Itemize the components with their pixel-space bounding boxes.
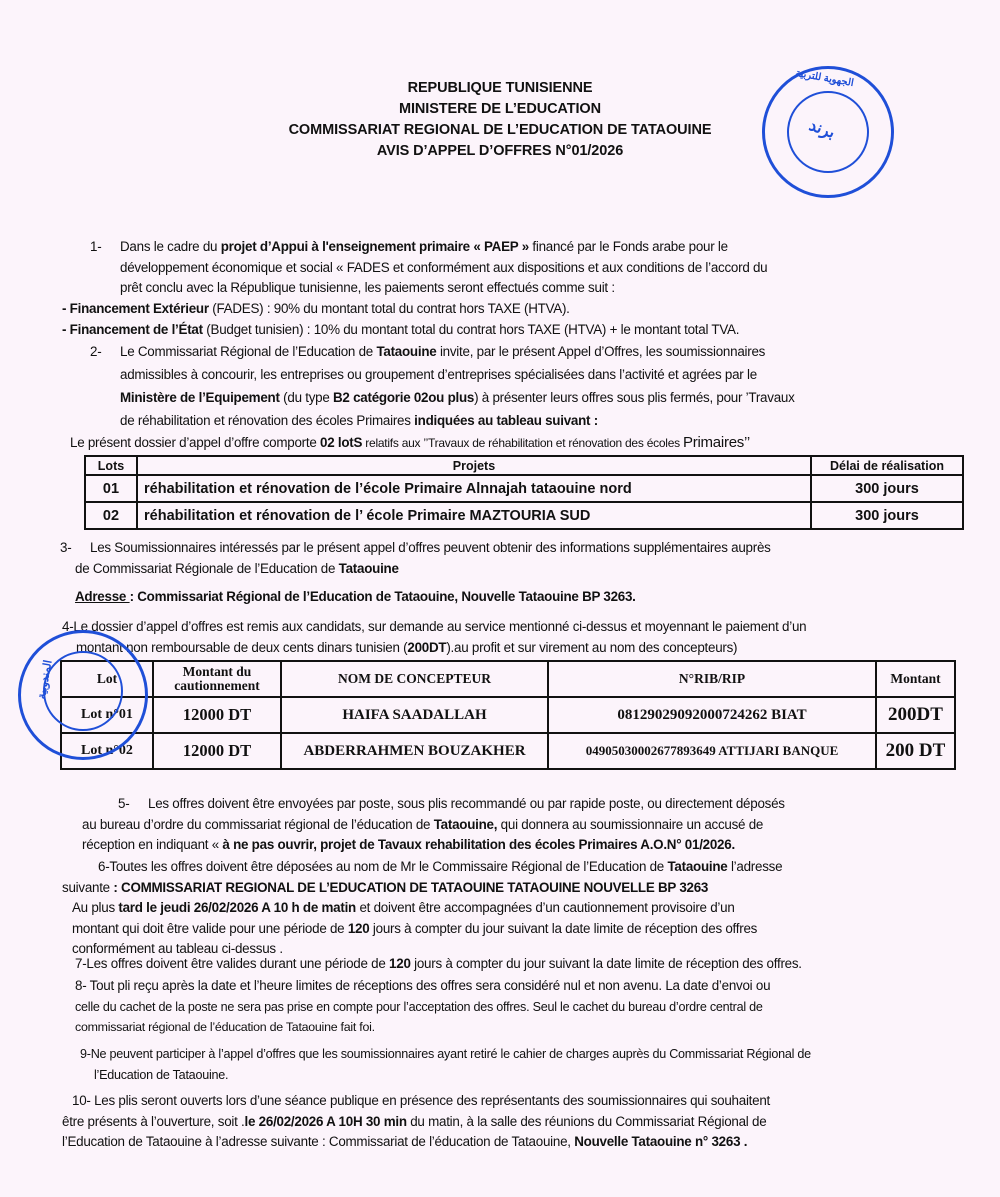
col-montant: Montant — [876, 661, 955, 697]
section-2: 2-Le Commissariat Régional de l’Educatio… — [90, 340, 970, 432]
lots-table-header: Lots Projets Délai de réalisation — [85, 456, 963, 475]
section-9: 9-Ne peuvent participer à l’appel d’offr… — [80, 1044, 980, 1085]
col-rib: N°RIB/RIP — [548, 661, 876, 697]
table-row: 02 réhabilitation et rénovation de l’ éc… — [85, 502, 963, 529]
financing-state: - Financement de l’État (Budget tunisien… — [62, 320, 962, 341]
financing-lines: - Financement Extérieur (FADES) : 90% du… — [62, 299, 962, 340]
section-8: 8- Tout pli reçu après la date et l’heur… — [75, 976, 975, 1038]
col-cautionnement: Montant du cautionnement — [153, 661, 281, 697]
col-concepteur: NOM DE CONCEPTEUR — [281, 661, 548, 697]
col-delai: Délai de réalisation — [811, 456, 963, 475]
table-row: Lot n°02 12000 DT ABDERRAHMEN BOUZAKHER … — [61, 733, 955, 769]
section-7: 7-Les offres doivent être valides durant… — [75, 954, 975, 975]
concepteurs-table: Lot Montant du cautionnement NOM DE CONC… — [60, 660, 956, 770]
section-1: 1-Dans le cadre du projet d’Appui à l'en… — [90, 237, 970, 299]
col-projets: Projets — [137, 456, 811, 475]
stamp-ring-text: ﺍﻟﺠﻬﻮﻳﺔ ﻟﻠﺘﺮﺑﻴﺔ — [794, 68, 854, 89]
official-stamp-top-right: ﺑﺮﻧﺪ ﺍﻟﺠﻬﻮﻳﺔ ﻟﻠﺘﺮﺑﻴﺔ — [762, 66, 894, 198]
section-4: 4-Le dossier d’appel d’offres est remis … — [62, 617, 972, 658]
concepteurs-table-header: Lot Montant du cautionnement NOM DE CONC… — [61, 661, 955, 697]
section-10: 10- Les plis seront ouverts lors d’une s… — [62, 1091, 972, 1153]
tender-notice-page: REPUBLIQUE TUNISIENNE MINISTERE DE L’EDU… — [0, 0, 1000, 1197]
table-row: Lot n°01 12000 DT HAIFA SAADALLAH 081290… — [61, 697, 955, 733]
address-line: Adresse : Commissariat Régional de l’Edu… — [75, 587, 955, 608]
lots-intro: Le présent dossier d’appel d’offre compo… — [70, 433, 970, 454]
section-6: 6-Toutes les offres doivent être déposée… — [62, 857, 972, 960]
official-stamp-left: ﺍﻟﻤﻨﺪﻭﺑﻴﺔ — [18, 630, 148, 760]
section-5: 5-Les offres doivent être envoyées par p… — [82, 794, 972, 856]
col-lots: Lots — [85, 456, 137, 475]
financing-external: - Financement Extérieur (FADES) : 90% du… — [62, 299, 962, 320]
section-3: 3-Les Soumissionnaires intéressés par le… — [60, 538, 960, 579]
table-row: 01 réhabilitation et rénovation de l’éco… — [85, 475, 963, 502]
lots-table: Lots Projets Délai de réalisation 01 réh… — [84, 455, 964, 530]
